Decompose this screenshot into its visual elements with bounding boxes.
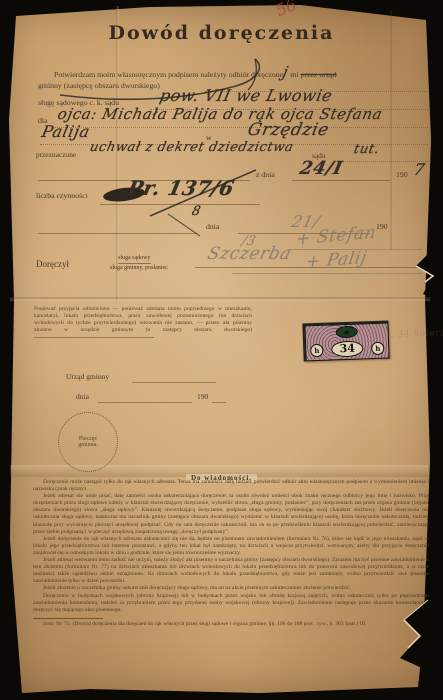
blank-line [132, 381, 216, 383]
line-gminny: gminny (zastępcę obszaru dworskiego) [38, 81, 160, 90]
fineprint-paragraph: Jeżeli złożenie u naczelnika gminy uskut… [33, 585, 429, 592]
stamp-value: 34 [331, 340, 364, 357]
eagle-emblem-icon [335, 326, 357, 339]
fineprint-paragraph: Jeżeli doręczenie do rąk własnych adresa… [33, 536, 429, 557]
footnote-rule [33, 618, 103, 619]
blank-line [212, 401, 226, 403]
hand-tut: tut. [352, 142, 381, 157]
revenue-stamp: h 34 h [302, 321, 389, 362]
fineprint-paragraph: Jeżeli adresat wezwaniu temu zadość nie … [33, 557, 429, 585]
hand-case-number: Pr. 137/6 [125, 176, 236, 200]
pencil-deliverer-signature: Szczerba [206, 244, 294, 264]
municipal-seal-placeholder: Pieczęć gminna. [58, 412, 118, 472]
line-dnia2-label: dnia [206, 222, 219, 231]
urzad-dnia: dnia [76, 392, 89, 401]
fineprint-paragraph: Doręczenia w budynkach wojskowych (obron… [33, 593, 429, 614]
hand-addressee: ojca: Michała Palija do rąk ojca Stefana [56, 105, 384, 123]
line-dnia2-year: 190 [376, 222, 388, 231]
blank-line [195, 266, 423, 268]
stamp-letter-right: h [371, 341, 384, 354]
line-liczba-label: liczba czynności [36, 191, 88, 200]
urzad-label: Urząd gminny [66, 372, 109, 381]
footnote: Instr. Nr. 75. (Dowód doręczenia dla dor… [33, 621, 429, 628]
scanned-document-photo: 56 p. t. 2060 Dowód doręczenia Potwierdz… [0, 0, 443, 700]
fine-print-block: Doręczenie może nastąpić tylko do rąk wł… [33, 479, 429, 628]
stamp-field: h 34 h [304, 323, 389, 362]
doreczyl-option2: sługa gminny, posłaniec [110, 265, 168, 272]
doreczyl-option1: sługa sądowy [118, 255, 151, 264]
blank-line [52, 126, 428, 128]
fineprint-paragraph: Jeżeli adresat nie umie pisać, datę zami… [33, 493, 429, 536]
document-title: Dowód doręczenia [0, 22, 443, 44]
hand-document-kind: uchwał z dekret dziedzictwa [88, 140, 295, 155]
hand-court: pow. VII we Lwowie [158, 86, 334, 105]
blank-line [292, 179, 390, 181]
blank-line [98, 401, 192, 403]
stamp-letter-left: h [310, 343, 323, 356]
pencil-line [232, 272, 422, 274]
hand-date: 24/I [298, 158, 345, 179]
urzad-year: 190 [197, 392, 208, 401]
intro-text2: mi [290, 70, 298, 79]
seal-text-line2: gminna. [78, 442, 98, 448]
refusal-notice-text: Ponieważ przyjęcia odmówiono — ponieważ … [34, 306, 252, 333]
fineprint-paragraph: Doręczenie może nastąpić tylko do rąk wł… [33, 479, 429, 493]
intro-line: Potwierdzam moim własnoręcznym podpisem … [38, 63, 438, 81]
intro-text: Potwierdzam moim własnoręcznym podpisem … [54, 70, 283, 79]
refusal-notice: Ponieważ przyjęcia odmówiono — ponieważ … [34, 306, 252, 341]
struck-przez-urzad: przez urząd [300, 70, 336, 79]
blank-line [100, 203, 260, 205]
blank-line [38, 232, 196, 234]
line-przezn-label: przeznaczone [36, 150, 76, 159]
hand-place: Grzędzie [246, 120, 331, 140]
hand-suffix-j: j [281, 63, 290, 81]
line-doreczyl-label: Doręczył [36, 259, 69, 269]
blank-line [34, 337, 154, 338]
line-zdnia-label: z dnia [256, 170, 275, 179]
line-zdnia-year: 190 [396, 170, 408, 179]
hand-surname: Palija [40, 122, 92, 141]
